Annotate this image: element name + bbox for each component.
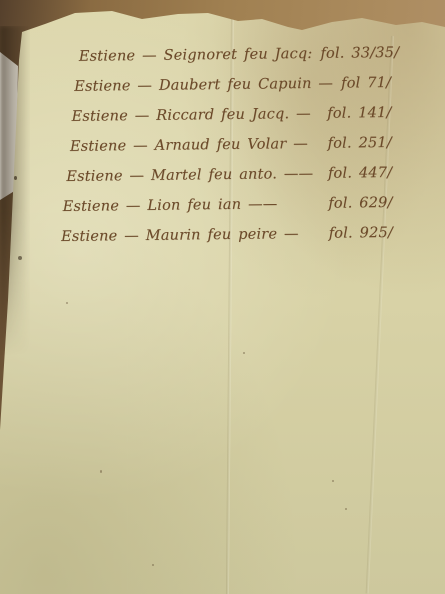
manuscript-entry: Estiene — Seignoret feu Jacq: fol. 33/35…	[79, 45, 391, 79]
entry-folio: fol. 447/	[320, 165, 393, 182]
binding-shadow	[0, 26, 30, 356]
paper-speck	[152, 564, 154, 566]
entry-name: Estiene — Maurin feu peire —	[61, 226, 299, 245]
entry-name: Estiene — Arnaud feu Volar —	[70, 136, 308, 155]
manuscript-entry: Estiene — Maurin feu peire — fol. 925/	[61, 225, 393, 259]
entry-name: Estiene — Seignoret feu Jacq:	[79, 46, 313, 65]
manuscript-entry: Estiene — Lion feu ian —— fol. 629/	[63, 195, 393, 229]
entry-name: Estiene — Lion feu ian ——	[63, 196, 278, 215]
manuscript-entry: Estiene — Arnaud feu Volar — fol. 251/	[70, 135, 392, 169]
paper-speck	[243, 352, 245, 354]
paper-speck	[345, 508, 347, 510]
entry-name: Estiene — Riccard feu Jacq. —	[71, 106, 310, 125]
entry-folio: fol. 629/	[320, 195, 393, 212]
handwritten-entry-list: Estiene — Seignoret feu Jacq: fol. 33/35…	[57, 45, 394, 259]
entry-folio: fol. 925/	[321, 225, 394, 242]
paper-speck	[100, 470, 102, 473]
entry-folio: fol. 33/35/	[312, 45, 399, 62]
entry-name: Estiene — Daubert feu Capuin —	[74, 76, 333, 95]
paper-speck	[332, 480, 334, 482]
manuscript-entry: Estiene — Daubert feu Capuin — fol 71/	[74, 75, 391, 109]
manuscript-entry: Estiene — Martel feu anto. —— fol. 447/	[66, 165, 392, 199]
entry-folio: fol. 141/	[319, 105, 392, 122]
manuscript-page: Estiene — Seignoret feu Jacq: fol. 33/35…	[0, 0, 445, 594]
manuscript-entry: Estiene — Riccard feu Jacq. — fol. 141/	[71, 105, 391, 139]
entry-name: Estiene — Martel feu anto. ——	[66, 166, 313, 185]
paper-speck	[66, 302, 68, 304]
manuscript-photo: Estiene — Seignoret feu Jacq: fol. 33/35…	[0, 0, 445, 594]
entry-folio: fol. 251/	[319, 135, 392, 152]
entry-folio: fol 71/	[333, 75, 391, 92]
